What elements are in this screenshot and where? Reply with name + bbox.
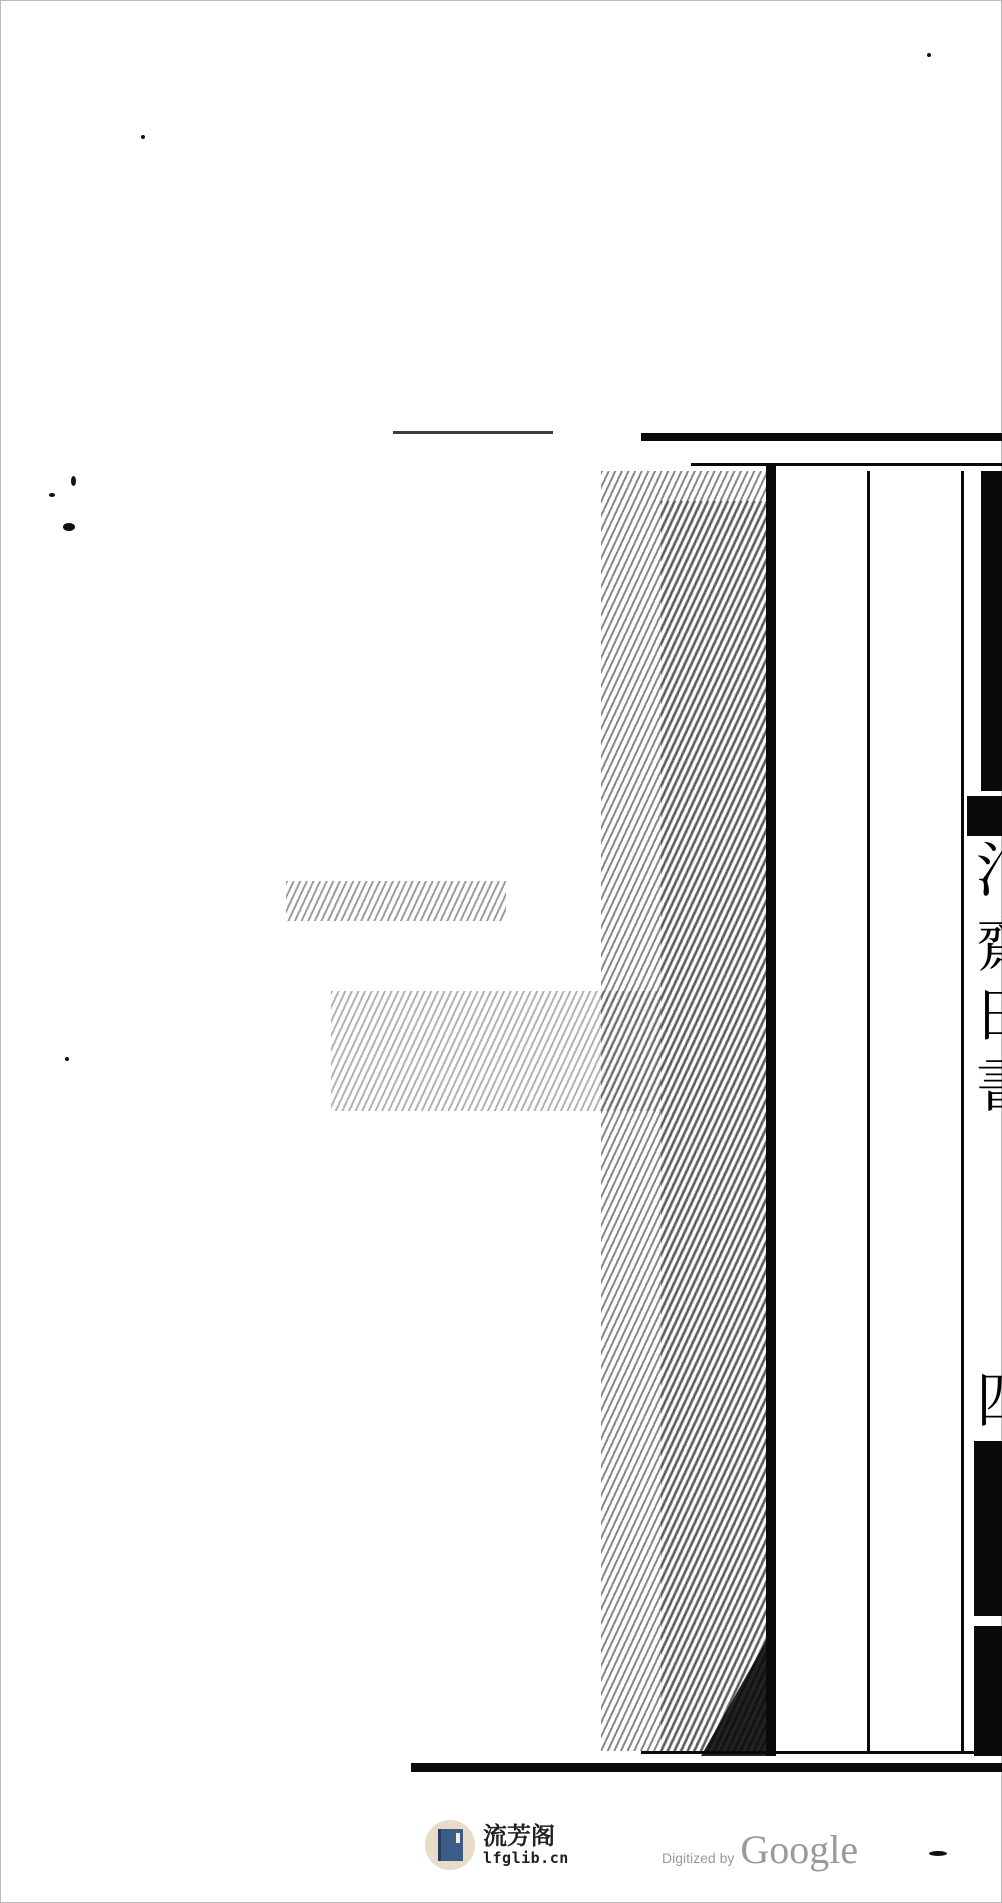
edge-character: 氵: [976, 841, 1002, 901]
google-logo-text: Google: [740, 1826, 858, 1873]
frame-top-inner-border: [691, 463, 1002, 466]
speck: [63, 523, 75, 531]
edge-character: 四: [976, 1371, 1002, 1431]
ink-streak: [286, 881, 506, 921]
edge-character: 齋: [976, 916, 1002, 976]
speck: [71, 476, 76, 486]
title-strip-block-mid: [967, 796, 1002, 836]
frame-top-border: [641, 433, 1002, 441]
frame-column-line-2: [961, 471, 964, 1751]
edge-character: 書: [976, 1056, 1002, 1116]
google-watermark: Digitized by Google: [662, 1826, 858, 1873]
edge-character: 曰: [976, 986, 1002, 1046]
frame-bottom-inner-border: [641, 1751, 1002, 1754]
ink-bleed: [661, 501, 766, 1751]
logo-url: lfglib.cn: [483, 1849, 569, 1867]
frame-left-border: [766, 466, 776, 1756]
speck: [141, 135, 145, 139]
title-strip-block-lower: [974, 1441, 1002, 1616]
title-strip-block-bottom: [974, 1626, 1002, 1756]
speck: [49, 493, 55, 497]
frame-top-dash: [393, 431, 553, 434]
ink-streak: [331, 991, 661, 1111]
scanned-page: 氵 齋 曰 書 四: [0, 0, 1002, 1903]
speck: [929, 1851, 947, 1856]
lfglib-watermark: 流芳阁 lfglib.cn: [425, 1820, 569, 1870]
digitized-by-label: Digitized by: [662, 1850, 734, 1866]
speck: [65, 1057, 69, 1061]
frame-column-line-1: [867, 471, 870, 1751]
logo-chinese-name: 流芳阁: [483, 1823, 569, 1848]
speck: [927, 53, 931, 57]
frame-bottom-border: [411, 1763, 1002, 1772]
book-icon: [425, 1820, 475, 1870]
title-strip-block-top: [981, 471, 1002, 791]
